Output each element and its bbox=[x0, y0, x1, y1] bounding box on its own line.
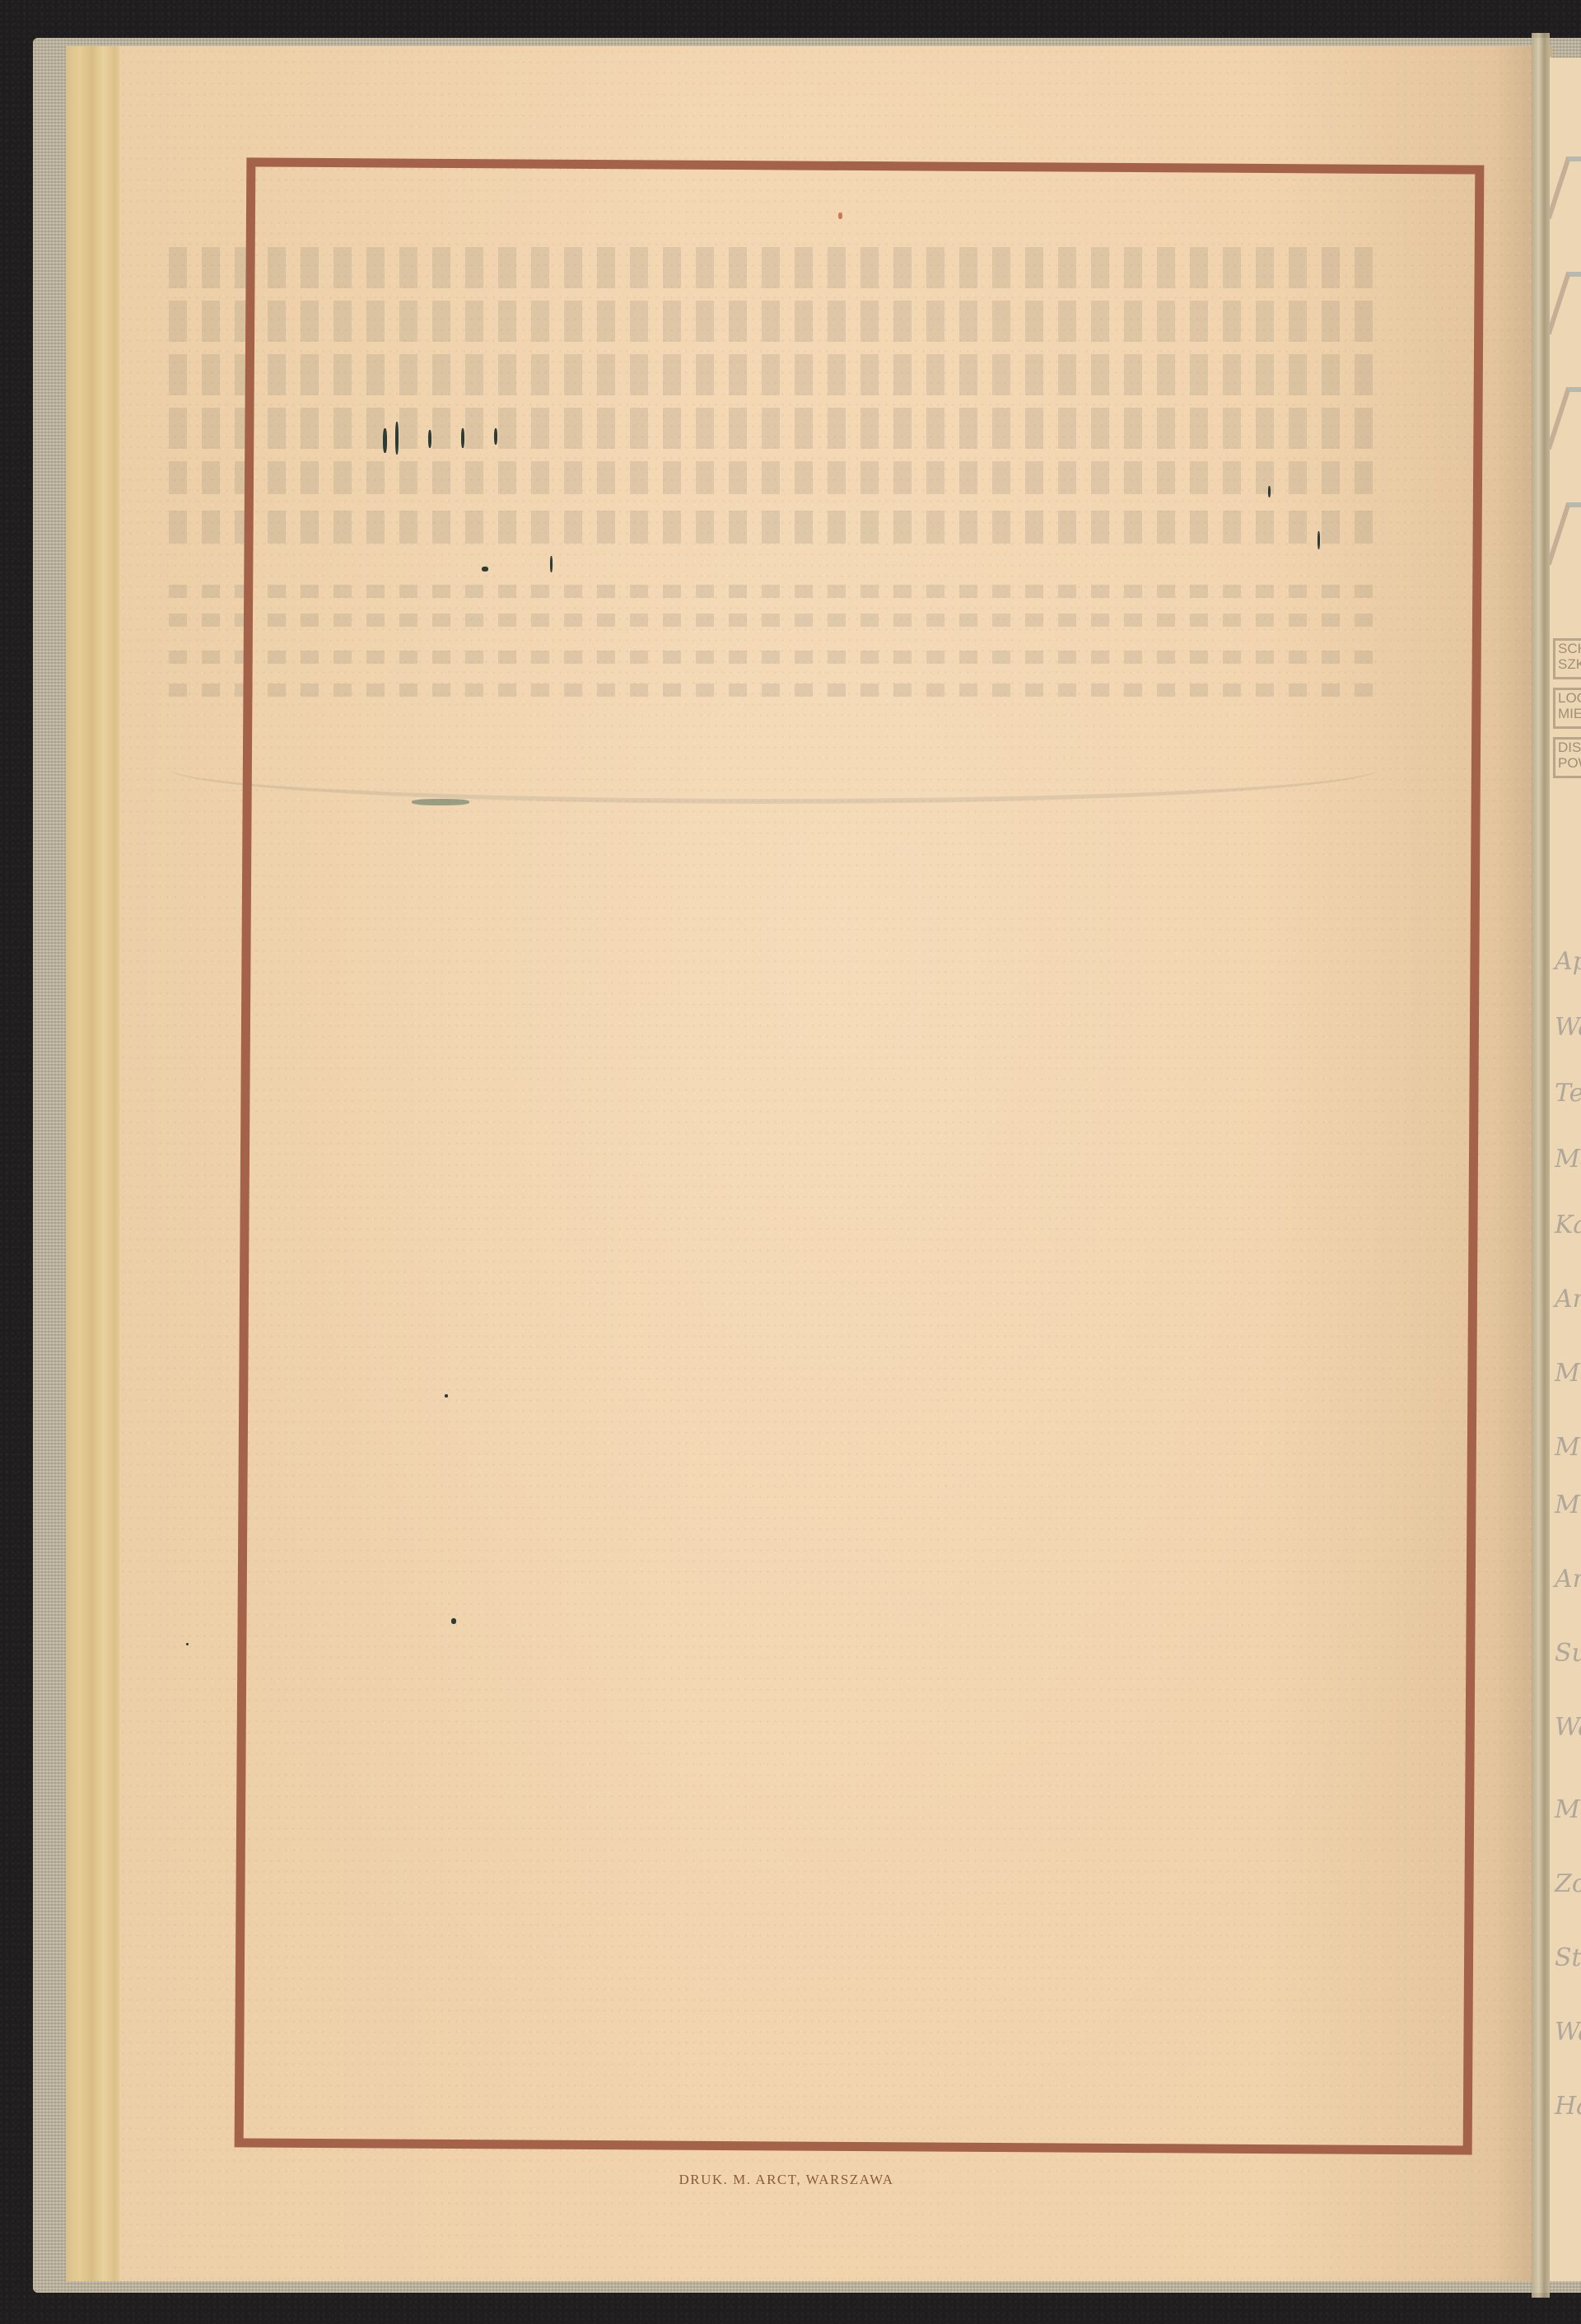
decorative-rule-frame bbox=[235, 157, 1485, 2154]
label-fragment: SCHO SZKO bbox=[1553, 638, 1581, 679]
handwritten-name: Ap bbox=[1555, 947, 1581, 976]
handwritten-name: Sub bbox=[1555, 1639, 1581, 1668]
handwritten-name: An bbox=[1555, 1285, 1581, 1314]
label-fragment: DIST POW bbox=[1553, 737, 1581, 778]
printer-imprint: DRUK. M. ARCT, WARSZAWA bbox=[0, 2172, 1577, 2188]
adjacent-page: SCHO SZKO LOC MIEJ DIST POW Ap Wa Ter Ma… bbox=[1550, 58, 1581, 2281]
ornament-letter bbox=[1550, 156, 1581, 219]
ornament-letter bbox=[1550, 502, 1581, 565]
label-fragment: LOC MIEJ bbox=[1553, 688, 1581, 729]
handwritten-name: Ma bbox=[1555, 1795, 1581, 1824]
handwritten-name: Wa bbox=[1555, 1713, 1581, 1742]
ornament-letter bbox=[1550, 272, 1581, 334]
handwritten-name: Mo bbox=[1555, 1491, 1581, 1519]
handwritten-name: Ha bbox=[1555, 2092, 1581, 2121]
ink-speck bbox=[186, 1643, 189, 1645]
handwritten-name: Wale bbox=[1555, 2018, 1581, 2046]
handwritten-name: Ma bbox=[1555, 1145, 1581, 1174]
ornament-letter bbox=[1550, 387, 1581, 450]
handwritten-name: Zof bbox=[1555, 1869, 1581, 1898]
handwritten-name: Ann bbox=[1555, 1565, 1581, 1594]
page-edges bbox=[66, 46, 124, 2281]
handwritten-name: Ma bbox=[1555, 1359, 1581, 1388]
handwritten-name: Mo bbox=[1555, 1433, 1581, 1462]
book-spine-gutter bbox=[1532, 33, 1550, 2298]
handwritten-name: Sta bbox=[1555, 1944, 1581, 1972]
handwritten-name: Ter bbox=[1555, 1079, 1581, 1108]
handwritten-name: Wa bbox=[1555, 1013, 1581, 1042]
handwritten-name: Ka bbox=[1555, 1211, 1581, 1239]
